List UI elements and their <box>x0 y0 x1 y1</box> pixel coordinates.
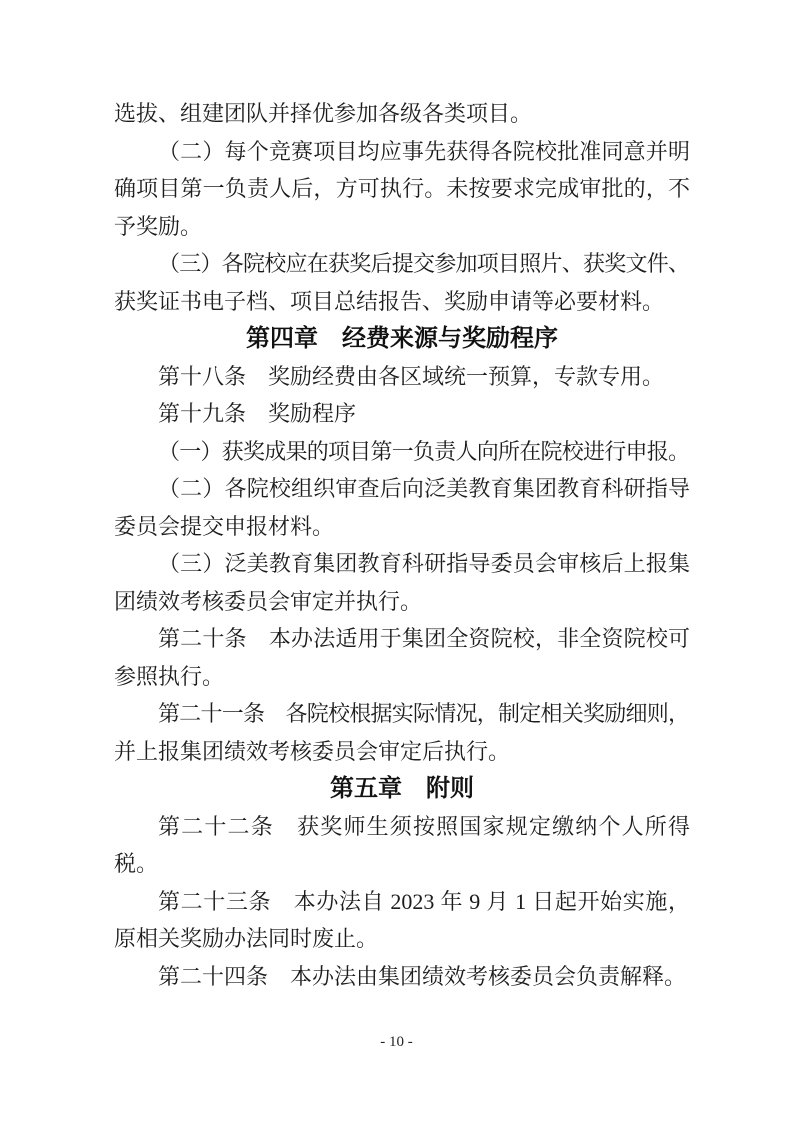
document-line: 并上报集团绩效考核委员会审定后执行。 <box>114 733 690 771</box>
document-line: 参照执行。 <box>114 658 690 696</box>
document-line: 第二十三条 本办法自 2023 年 9 月 1 日起开始实施， <box>114 883 690 921</box>
document-line: 确项目第一负责人后，方可执行。未按要求完成审批的，不 <box>114 170 690 208</box>
document-body: 选拔、组建团队并择优参加各级各类项目。（二）每个竞赛项目均应事先获得各院校批准同… <box>114 95 690 995</box>
document-page: 选拔、组建团队并择优参加各级各类项目。（二）每个竞赛项目均应事先获得各院校批准同… <box>0 0 793 1122</box>
document-line: 第二十条 本办法适用于集团全资院校，非全资院校可 <box>114 620 690 658</box>
document-line: （二）各院校组织审查后向泛美教育集团教育科研指导 <box>114 470 690 508</box>
document-line: （三）泛美教育集团教育科研指导委员会审核后上报集 <box>114 545 690 583</box>
document-line: （二）每个竞赛项目均应事先获得各院校批准同意并明 <box>114 133 690 171</box>
chapter-heading: 第五章 附则 <box>114 770 690 808</box>
chapter-heading: 第四章 经费来源与奖励程序 <box>114 320 690 358</box>
page-number: - 10 - <box>0 1034 793 1051</box>
document-line: 获奖证书电子档、项目总结报告、奖励申请等必要材料。 <box>114 283 690 321</box>
document-line: 第十八条 奖励经费由各区域统一预算，专款专用。 <box>114 358 690 396</box>
document-line: 第二十二条 获奖师生须按照国家规定缴纳个人所得 <box>114 808 690 846</box>
document-line: 第二十一条 各院校根据实际情况，制定相关奖励细则， <box>114 695 690 733</box>
document-line: 第二十四条 本办法由集团绩效考核委员会负责解释。 <box>114 958 690 996</box>
document-line: 第十九条 奖励程序 <box>114 395 690 433</box>
document-line: 税。 <box>114 845 690 883</box>
document-line: 选拔、组建团队并择优参加各级各类项目。 <box>114 95 690 133</box>
document-line: （三）各院校应在获奖后提交参加项目照片、获奖文件、 <box>114 245 690 283</box>
document-line: （一）获奖成果的项目第一负责人向所在院校进行申报。 <box>114 433 690 471</box>
document-line: 予奖励。 <box>114 208 690 246</box>
document-line: 原相关奖励办法同时废止。 <box>114 920 690 958</box>
document-line: 委员会提交申报材料。 <box>114 508 690 546</box>
document-line: 团绩效考核委员会审定并执行。 <box>114 583 690 621</box>
